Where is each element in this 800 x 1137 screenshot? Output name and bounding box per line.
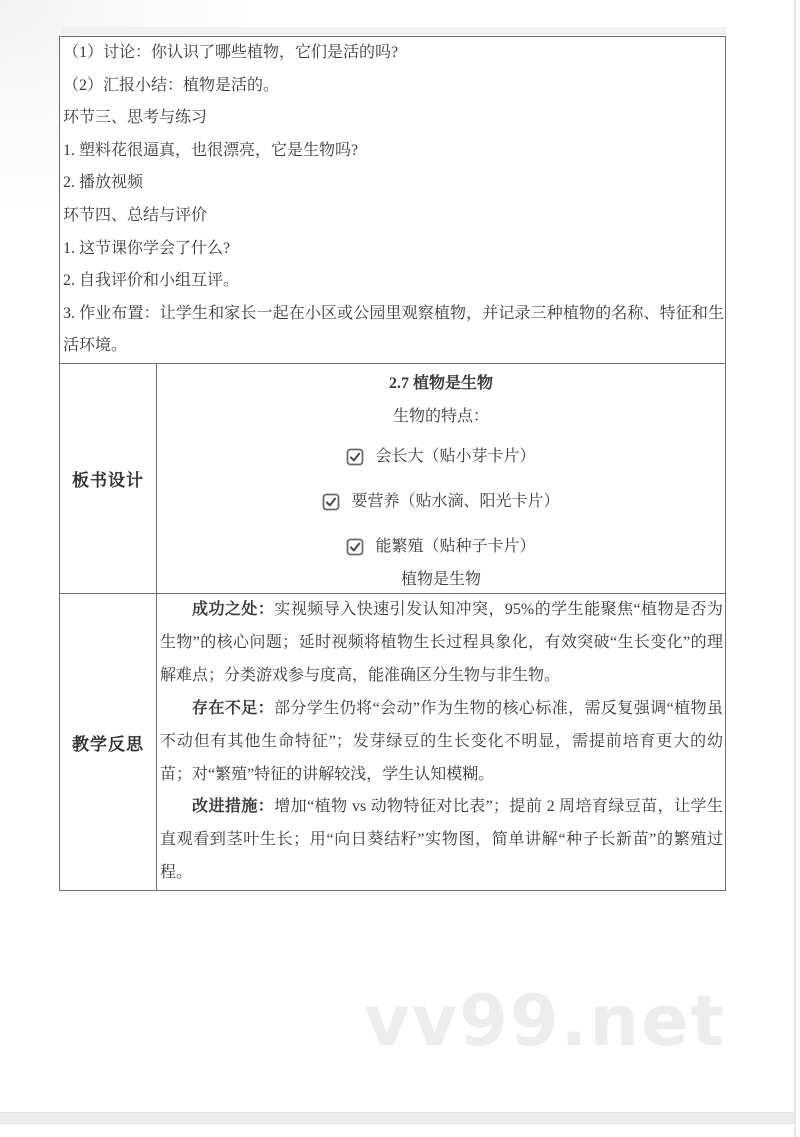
lesson-plan-table: （1）讨论：你认识了哪些植物，它们是活的吗? （2）汇报小结：植物是活的。 环节… [59, 36, 726, 891]
content-line: 2. 自我评价和小组互评。 [63, 265, 724, 298]
board-design-cell: 2.7 植物是生物 生物的特点： 会长大（贴小芽卡片） 要营养（贴水滴、阳光卡片… [157, 364, 725, 593]
paragraph-lead: 成功之处： [192, 601, 274, 618]
checkbox-checked-icon [346, 538, 364, 556]
checkbox-checked-icon [346, 448, 364, 466]
board-design-row: 板书设计 2.7 植物是生物 生物的特点： 会长大（贴小芽卡片） 要营养（贴水滴… [60, 363, 725, 593]
page-edge-line [794, 0, 796, 1137]
content-line: 1. 这节课你学会了什么? [63, 233, 724, 266]
board-subtitle: 生物的特点： [393, 406, 489, 428]
content-line: 环节四、总结与评价 [63, 200, 724, 233]
board-item: 要营养（贴水滴、阳光卡片） [322, 491, 559, 513]
checkbox-checked-icon [322, 493, 340, 511]
content-line: 2. 播放视频 [63, 167, 724, 200]
reflection-paragraph: 成功之处：实视频导入快速引发认知冲突，95%的学生能聚焦“植物是否为生物”的核心… [160, 594, 723, 693]
row-label-teaching-reflection: 教学反思 [60, 594, 157, 890]
board-item-label: 会长大（贴小芽卡片） [375, 446, 535, 468]
site-watermark: vv99.net [364, 986, 726, 1056]
board-item-label: 要营养（贴水滴、阳光卡片） [351, 491, 559, 513]
paragraph-lead: 存在不足： [192, 700, 274, 717]
lesson-steps-cell: （1）讨论：你认识了哪些植物，它们是活的吗? （2）汇报小结：植物是活的。 环节… [60, 37, 725, 363]
board-item-label: 能繁殖（贴种子卡片） [375, 536, 535, 558]
board-title: 2.7 植物是生物 [389, 373, 493, 395]
board-item: 能繁殖（贴种子卡片） [346, 536, 535, 558]
content-line: 1. 塑料花很逼真，也很漂亮，它是生物吗? [63, 135, 724, 168]
board-footer: 植物是生物 [401, 569, 481, 591]
content-line: （2）汇报小结：植物是活的。 [63, 70, 724, 103]
reflection-paragraph: 改进措施：增加“植物 vs 动物特征对比表”；提前 2 周培育绿豆苗，让学生直观… [160, 791, 723, 890]
paragraph-lead: 改进措施： [192, 798, 274, 815]
page-bottom-strip [0, 1112, 794, 1124]
scan-artifact [62, 27, 726, 35]
teaching-reflection-row: 教学反思 成功之处：实视频导入快速引发认知冲突，95%的学生能聚焦“植物是否为生… [60, 593, 725, 890]
teaching-reflection-cell: 成功之处：实视频导入快速引发认知冲突，95%的学生能聚焦“植物是否为生物”的核心… [157, 594, 725, 890]
content-line: 3. 作业布置：让学生和家长一起在小区或公园里观察植物，并记录三种植物的名称、特… [63, 298, 724, 363]
content-line: （1）讨论：你认识了哪些植物，它们是活的吗? [63, 37, 724, 70]
content-line: 环节三、思考与练习 [63, 102, 724, 135]
board-item: 会长大（贴小芽卡片） [346, 446, 535, 468]
row-label-board-design: 板书设计 [60, 364, 157, 593]
reflection-paragraph: 存在不足：部分学生仍将“会动”作为生物的核心标准，需反复强调“植物虽不动但有其他… [160, 693, 723, 792]
